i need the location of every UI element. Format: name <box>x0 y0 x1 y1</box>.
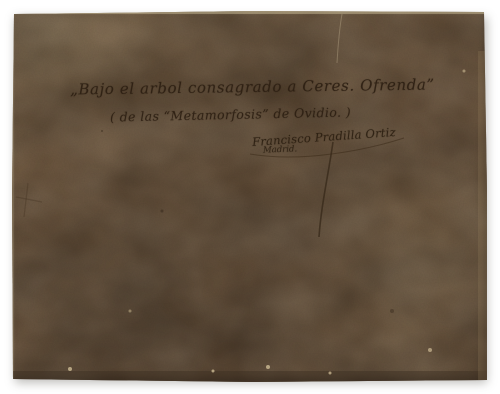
top-edge-highlight <box>12 11 488 14</box>
left-edge-highlight <box>12 11 14 382</box>
board-texture <box>12 11 488 382</box>
grain-layer <box>12 11 488 382</box>
dark-speck <box>161 210 164 213</box>
chip-speck <box>212 370 215 373</box>
dark-speck <box>390 309 394 313</box>
chip-speck <box>428 348 432 352</box>
chip-speck <box>329 372 332 375</box>
panel-back: „Bajo el arbol consagrado a Ceres. Ofren… <box>12 11 488 382</box>
chip-speck <box>266 365 270 369</box>
artwork-back-photo: „Bajo el arbol consagrado a Ceres. Ofren… <box>0 0 500 394</box>
chip-speck <box>68 367 72 371</box>
chip-speck <box>463 70 466 73</box>
chip-speck <box>129 310 132 313</box>
dark-speck <box>101 130 103 132</box>
